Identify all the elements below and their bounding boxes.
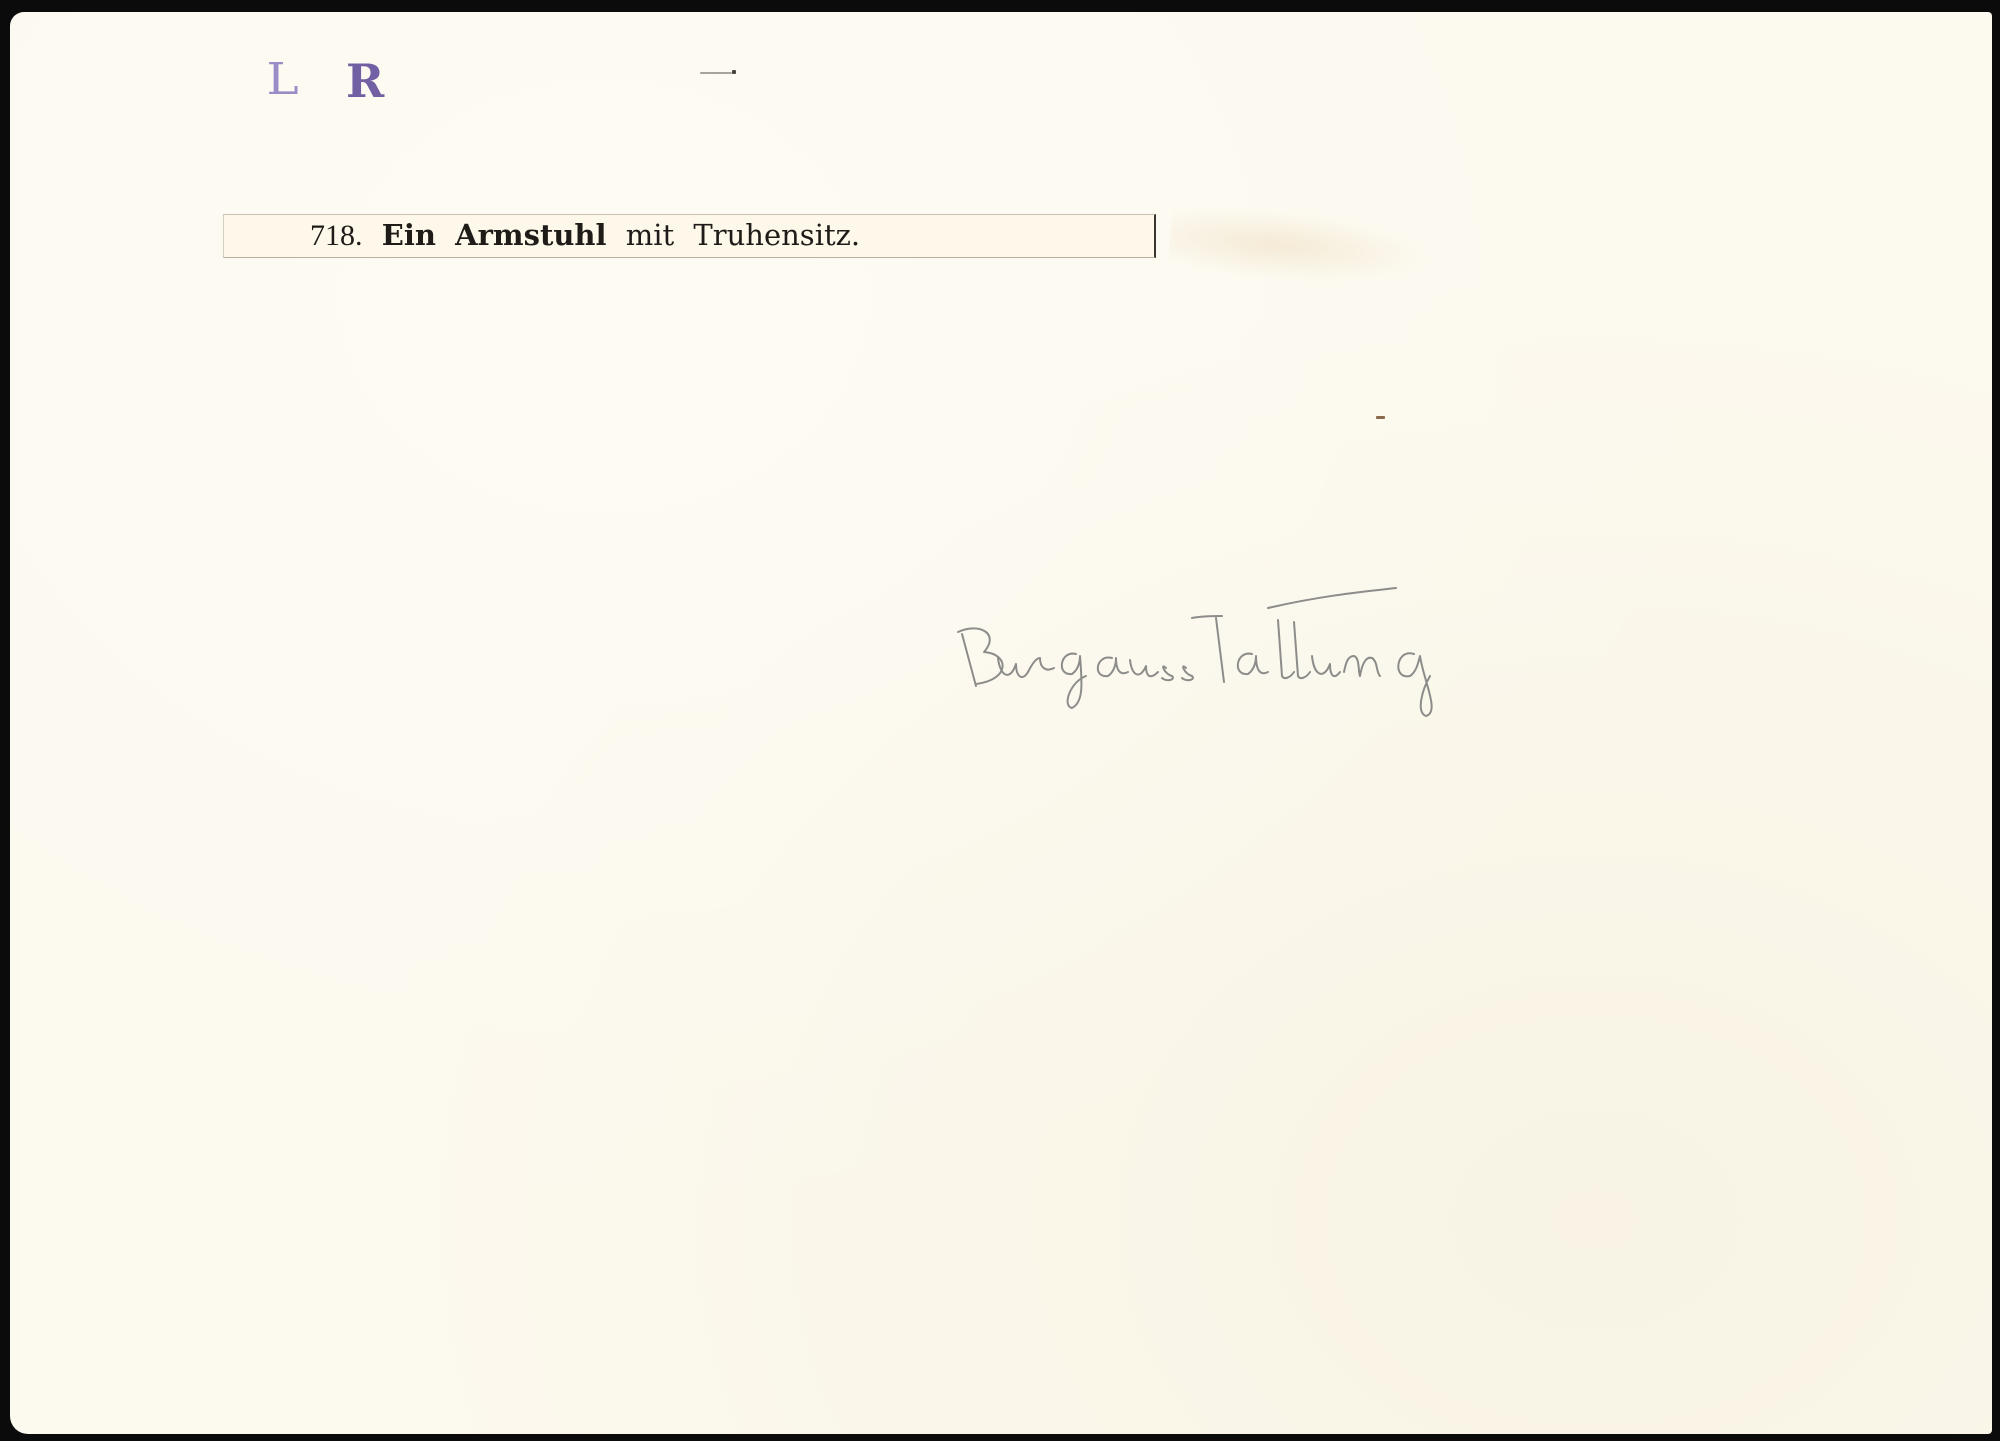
ink-dot [732,70,736,74]
paper-speck [1376,416,1385,419]
label-number: 718. [310,219,363,252]
label-word-mit: mit [626,218,674,252]
stamp-letter-l: L [266,54,299,105]
label-word-armstuhl: Armstuhl [455,218,606,252]
label-word-truhensitz: Truhensitz. [693,218,860,252]
label-text: 718. Ein Armstuhl mit Truhensitz. [310,218,860,253]
pencil-mark [700,72,732,74]
glue-stain [1167,201,1432,293]
handwritten-note: Burgausstattung [940,572,1620,722]
stamp-letter-r: R [346,54,385,108]
archive-card: L R 718. Ein Armstuhl mit Truhensitz. [10,12,1992,1434]
label-word-ein: Ein [382,218,436,252]
printed-label: 718. Ein Armstuhl mit Truhensitz. [223,214,1156,258]
